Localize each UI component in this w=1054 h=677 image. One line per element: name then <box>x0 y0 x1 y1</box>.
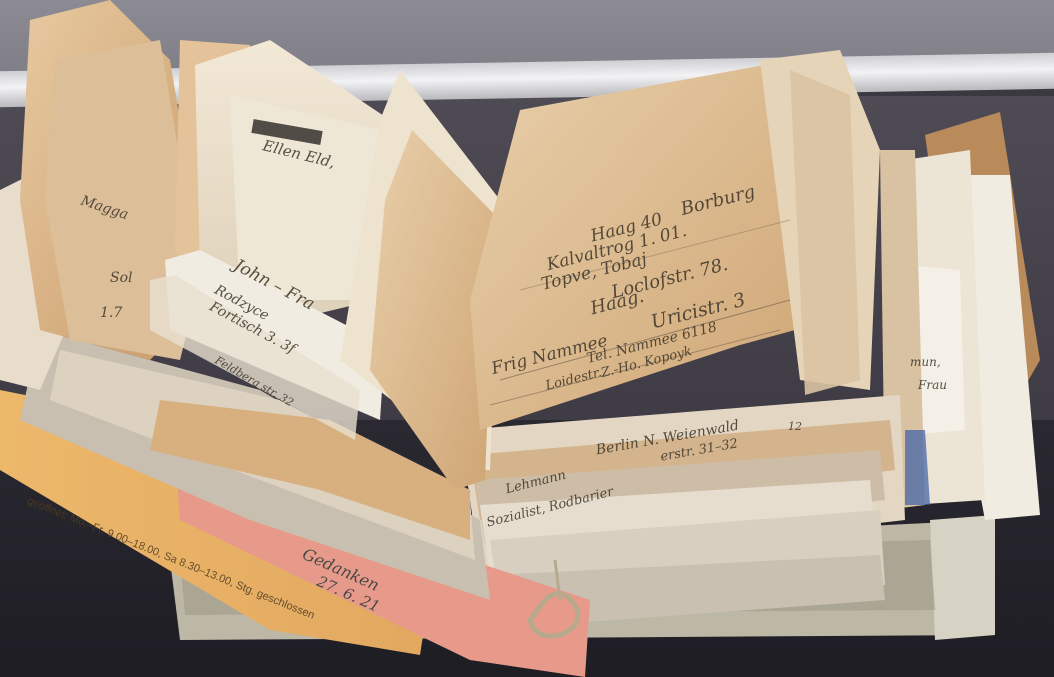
right-loose-papers <box>880 112 1040 520</box>
right-stack-fragment-2: Frau <box>918 378 947 392</box>
page-number-fragment: 12 <box>788 420 802 433</box>
right-stack-fragment-1: mun, <box>910 355 941 369</box>
left-fragment-7: Sol <box>110 270 133 286</box>
notebook-illustration <box>0 0 1054 677</box>
photo-scene: Borburg Haag 40 Kalvaltrog 1. 01. Topve,… <box>0 0 1054 677</box>
left-fragment-8: 1.7 <box>100 305 122 321</box>
